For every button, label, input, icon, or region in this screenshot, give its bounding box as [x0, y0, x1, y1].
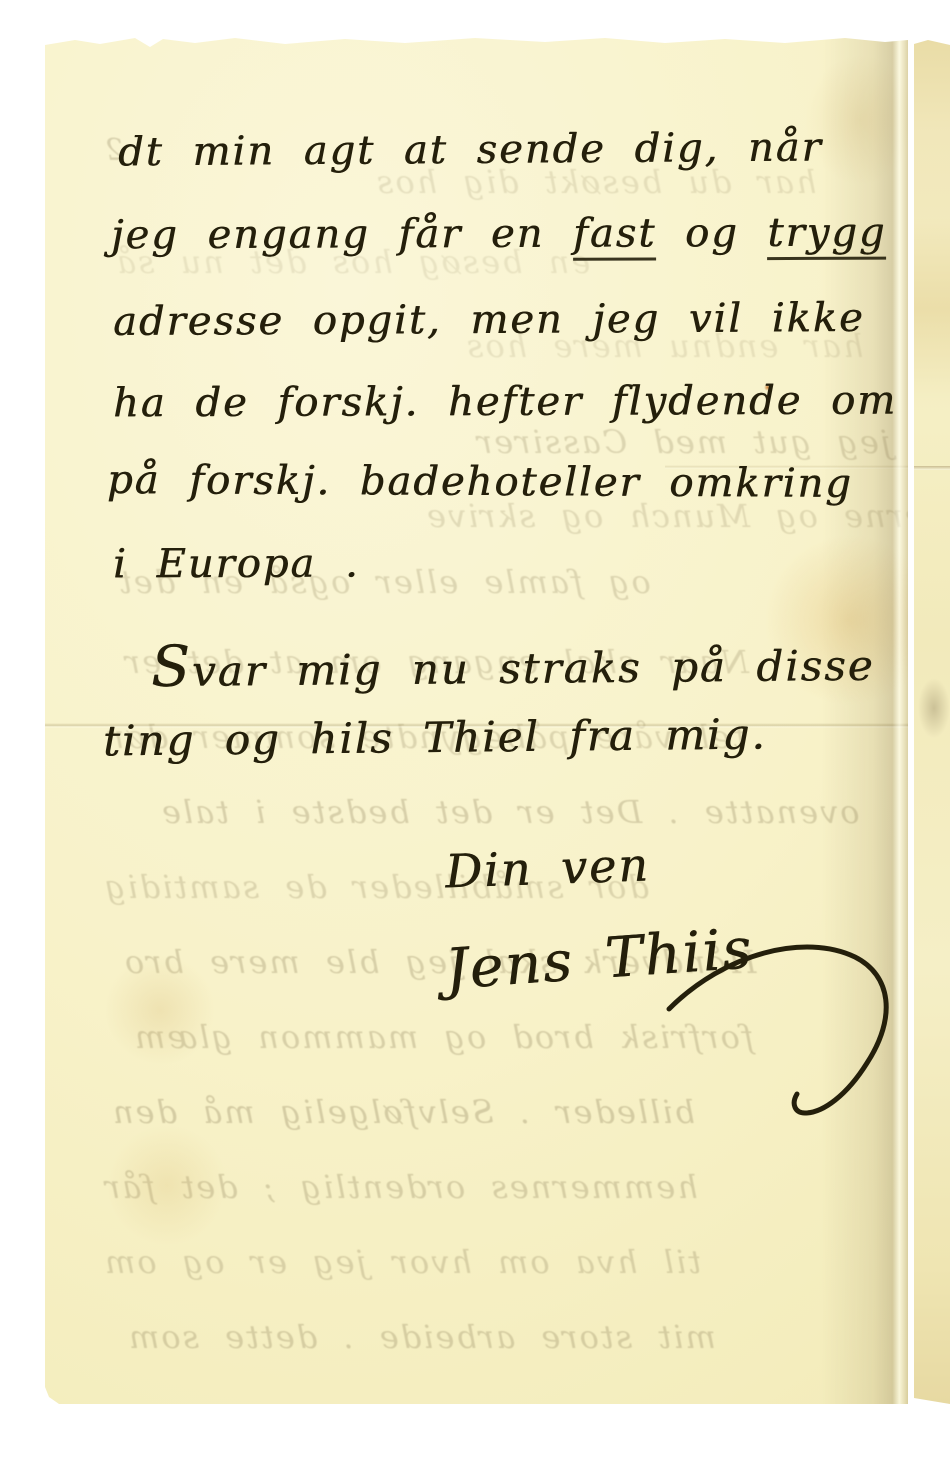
letter-text: og: [656, 210, 767, 256]
letter-text: dt min agt at sende dig, når: [118, 125, 823, 176]
letter-text: ha de forskj. hefter flydende om: [113, 378, 897, 427]
letter-text: Svar mig nu straks på disse: [151, 641, 875, 696]
underlined-word: fast: [573, 210, 656, 260]
letter-line-1: dt min agt at sende dig, når: [118, 125, 823, 176]
letter-text: på forskj. badehoteller omkring: [107, 457, 853, 507]
signature-name: Jens Thiis: [443, 916, 755, 1002]
showthrough-line-14: billeder . Selvfølgelig må den: [111, 1093, 695, 1131]
sliver-crease: [914, 466, 950, 470]
showthrough-line-10: ovenatte . Det er det bedste i tale: [160, 793, 859, 831]
letter-text: jeg engang får en: [111, 211, 573, 259]
letter-scan: mit store arbeide . dette somtil hva om …: [0, 0, 950, 1459]
letter-line-8: ting og hils Thiel fra mig.: [103, 710, 767, 766]
letter-line-3: adresse opgit, men jeg vil ikke: [113, 295, 865, 345]
showthrough-line-15: hemmernes ordentlig ; det får: [103, 1168, 698, 1206]
letter-line-6: i Europa .: [113, 541, 360, 588]
showthrough-line-5: jeg gut med Cassirer: [475, 423, 891, 461]
showthrough-line-16: til hva om hvor jeg er og om: [103, 1243, 701, 1281]
letter-line-7: Svar mig nu straks på disse: [151, 628, 875, 700]
second-sheet-sliver: [914, 38, 950, 1404]
letter-line-5: på forskj. badehoteller omkring: [107, 457, 853, 507]
letter-text: i Europa .: [113, 541, 360, 588]
underlined-word: trygg: [767, 210, 886, 260]
letter-line-2: jeg engang får en fast og trygg: [111, 210, 887, 259]
showthrough-line-13: forfrisk brod og mammon glæm: [133, 1018, 754, 1056]
sliver-smudge: [918, 678, 950, 738]
letter-text: adresse opgit, men jeg vil ikke: [113, 295, 865, 345]
letter-line-4: ha de forskj. hefter flydende om: [113, 378, 897, 427]
letter-text: ting og hils Thiel fra mig.: [103, 710, 767, 766]
showthrough-line-17: mit store arbeide . dette som: [127, 1318, 716, 1356]
letter-page: mit store arbeide . dette somtil hva om …: [45, 35, 908, 1404]
closing-line: Din ven: [444, 837, 650, 898]
sliver-stain-top: [914, 218, 950, 398]
